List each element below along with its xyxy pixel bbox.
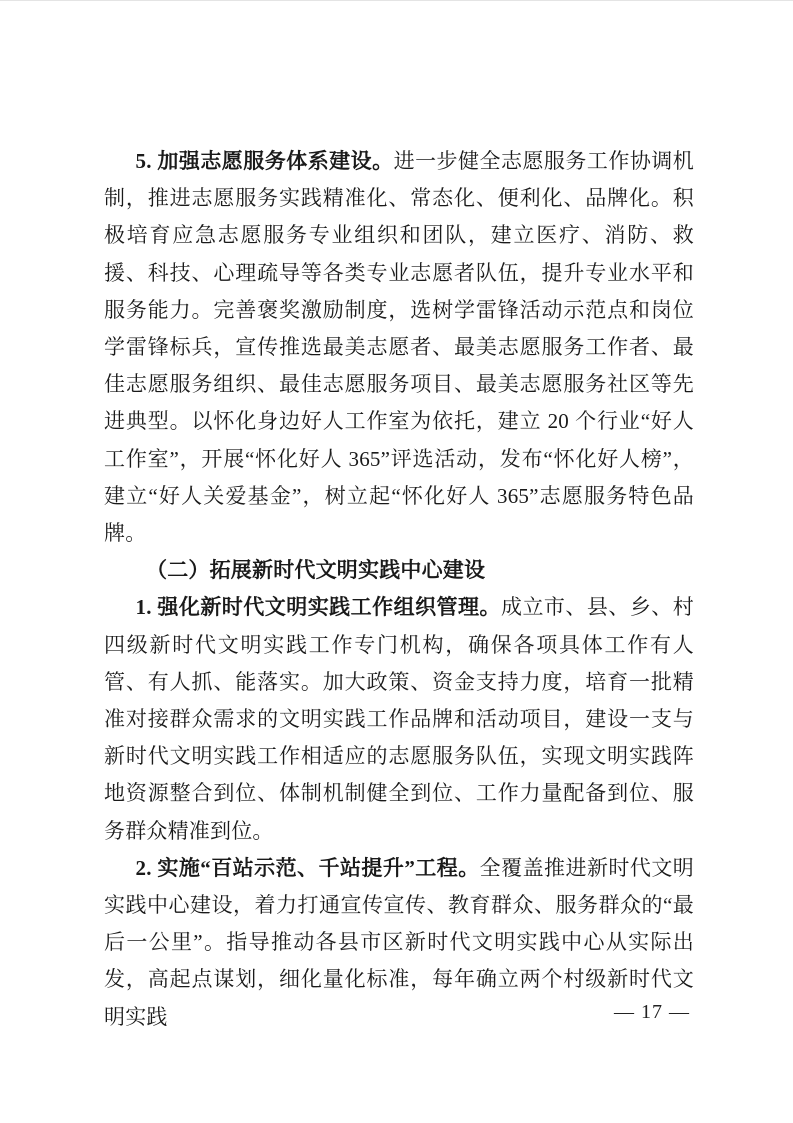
- section-heading-2: （二）拓展新时代文明实践中心建设: [104, 552, 694, 589]
- document-page: 5. 加强志愿服务体系建设。进一步健全志愿服务工作协调机制，推进志愿服务实践精准…: [0, 0, 793, 1123]
- page-number: — 17 —: [614, 999, 690, 1025]
- paragraph-item-2-lead: 2. 实施“百站示范、千站提升”工程。: [136, 856, 480, 880]
- paragraph-item-1-text: 成立市、县、乡、村四级新时代文明实践工作专门机构，确保各项具体工作有人管、有人抓…: [104, 595, 694, 842]
- paragraph-item-1-lead: 1. 强化新时代文明实践工作组织管理。: [136, 595, 501, 619]
- paragraph-item-1: 1. 强化新时代文明实践工作组织管理。成立市、县、乡、村四级新时代文明实践工作专…: [104, 589, 694, 849]
- paragraph-item-5: 5. 加强志愿服务体系建设。进一步健全志愿服务工作协调机制，推进志愿服务实践精准…: [104, 143, 694, 552]
- paragraph-item-5-text: 进一步健全志愿服务工作协调机制，推进志愿服务实践精准化、常态化、便利化、品牌化。…: [104, 149, 694, 545]
- paragraph-item-2-text: 全覆盖推进新时代文明实践中心建设，着力打通宣传宣传、教育群众、服务群众的“最后一…: [104, 856, 694, 1029]
- paragraph-item-5-lead: 5. 加强志愿服务体系建设。: [136, 149, 394, 173]
- paragraph-item-2: 2. 实施“百站示范、千站提升”工程。全覆盖推进新时代文明实践中心建设，着力打通…: [104, 850, 694, 1036]
- document-body: 5. 加强志愿服务体系建设。进一步健全志愿服务工作协调机制，推进志愿服务实践精准…: [104, 143, 694, 1036]
